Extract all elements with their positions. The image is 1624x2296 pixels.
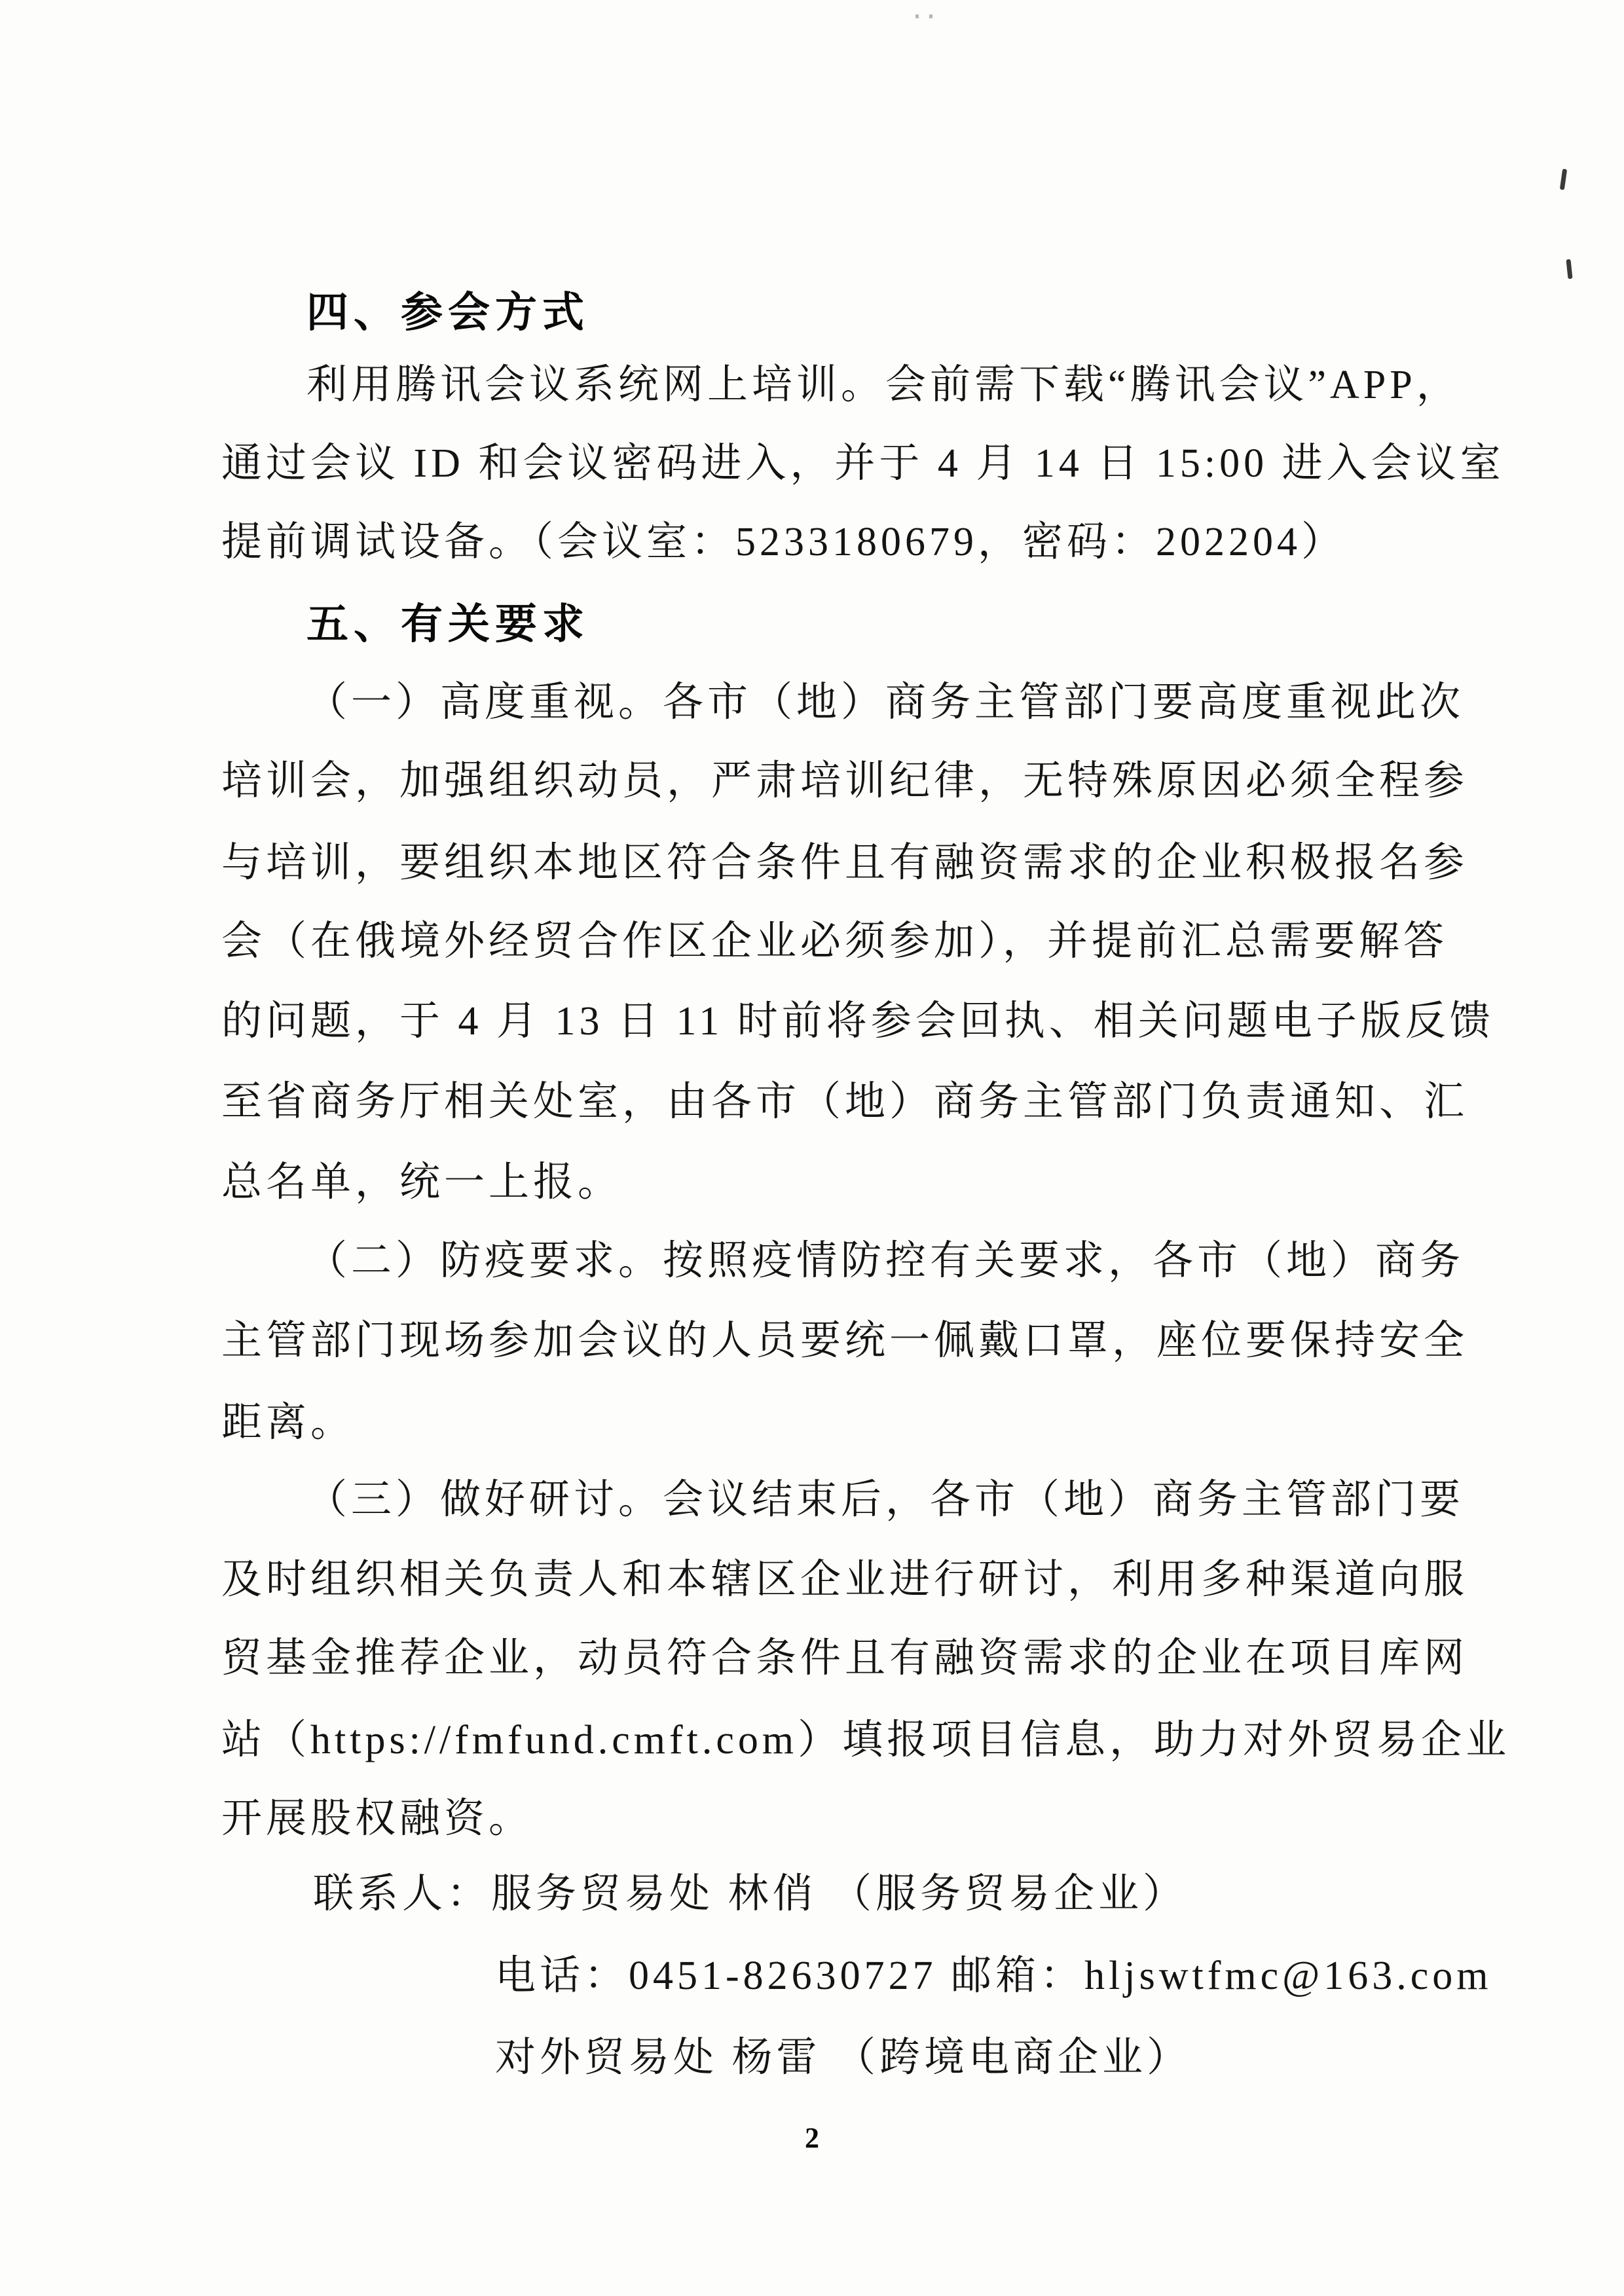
scanned-document-page: 四、参会方式 利用腾讯会议系统网上培训。会前需下载“腾讯会议”APP， 通过会议…: [0, 0, 1624, 2296]
paragraph-line: 开展股权融资。: [221, 1797, 533, 1840]
paragraph-line-item-1: （一）高度重视。各市（地）商务主管部门要高度重视此次: [306, 681, 1464, 724]
scan-speck: [1560, 169, 1567, 191]
paragraph-line-item-3: （三）做好研讨。会议结束后，各市（地）商务主管部门要: [306, 1478, 1464, 1522]
paragraph-line: 与培训，要组织本地区符合条件且有融资需求的企业积极报名参: [221, 841, 1468, 884]
scan-speck: [1566, 259, 1572, 280]
paragraph-line: 通过会议 ID 和会议密码进入，并于 4 月 14 日 15:00 进入会议室: [221, 442, 1505, 485]
scan-speck: [915, 14, 932, 18]
paragraph-line: 贸基金推荐企业，动员符合条件且有融资需求的企业在项目库网: [221, 1637, 1468, 1680]
paragraph-line-project-site-url: 站（https://fmfund.cmft.com）填报项目信息，助力对外贸易企…: [221, 1719, 1510, 1762]
paragraph-line: 会（在俄境外经贸合作区企业必须参加），并提前汇总需要解答: [221, 920, 1448, 963]
contact-line-service-trade: 联系人：服务贸易处 林俏 （服务贸易企业）: [313, 1872, 1187, 1916]
paragraph-line: 的问题，于 4 月 13 日 11 时前将参会回执、相关问题电子版反馈: [221, 1000, 1494, 1043]
paragraph-line: 培训会，加强组织动员，严肃培训纪律，无特殊原因必须全程参: [221, 759, 1468, 803]
paragraph-line: 距离。: [221, 1401, 355, 1444]
paragraph-line-meeting-room-info: 提前调试设备。（会议室：5233180679，密码：202204）: [221, 520, 1346, 564]
paragraph-line-item-2: （二）防疫要求。按照疫情防控有关要求，各市（地）商务: [306, 1239, 1464, 1283]
paragraph-line: 总名单，统一上报。: [221, 1161, 622, 1204]
paragraph-line: 及时组织相关负责人和本辖区企业进行研讨，利用多种渠道向服: [221, 1558, 1468, 1601]
contact-line-foreign-trade: 对外贸易处 杨雷 （跨境电商企业）: [495, 2036, 1191, 2079]
paragraph-line: 主管部门现场参加会议的人员要统一佩戴口罩，座位要保持安全: [221, 1319, 1468, 1362]
paragraph-line: 至省商务厅相关处室，由各市（地）商务主管部门负责通知、汇: [221, 1080, 1468, 1123]
section-heading-requirements: 五、有关要求: [306, 602, 589, 646]
contact-line-phone-email: 电话：0451-82630727 邮箱：hljswtfmc@163.com: [495, 1954, 1492, 1997]
page-number: 2: [0, 2121, 1624, 2155]
paragraph-line: 利用腾讯会议系统网上培训。会前需下载“腾讯会议”APP，: [306, 363, 1461, 407]
section-heading-participation-method: 四、参会方式: [306, 291, 589, 334]
